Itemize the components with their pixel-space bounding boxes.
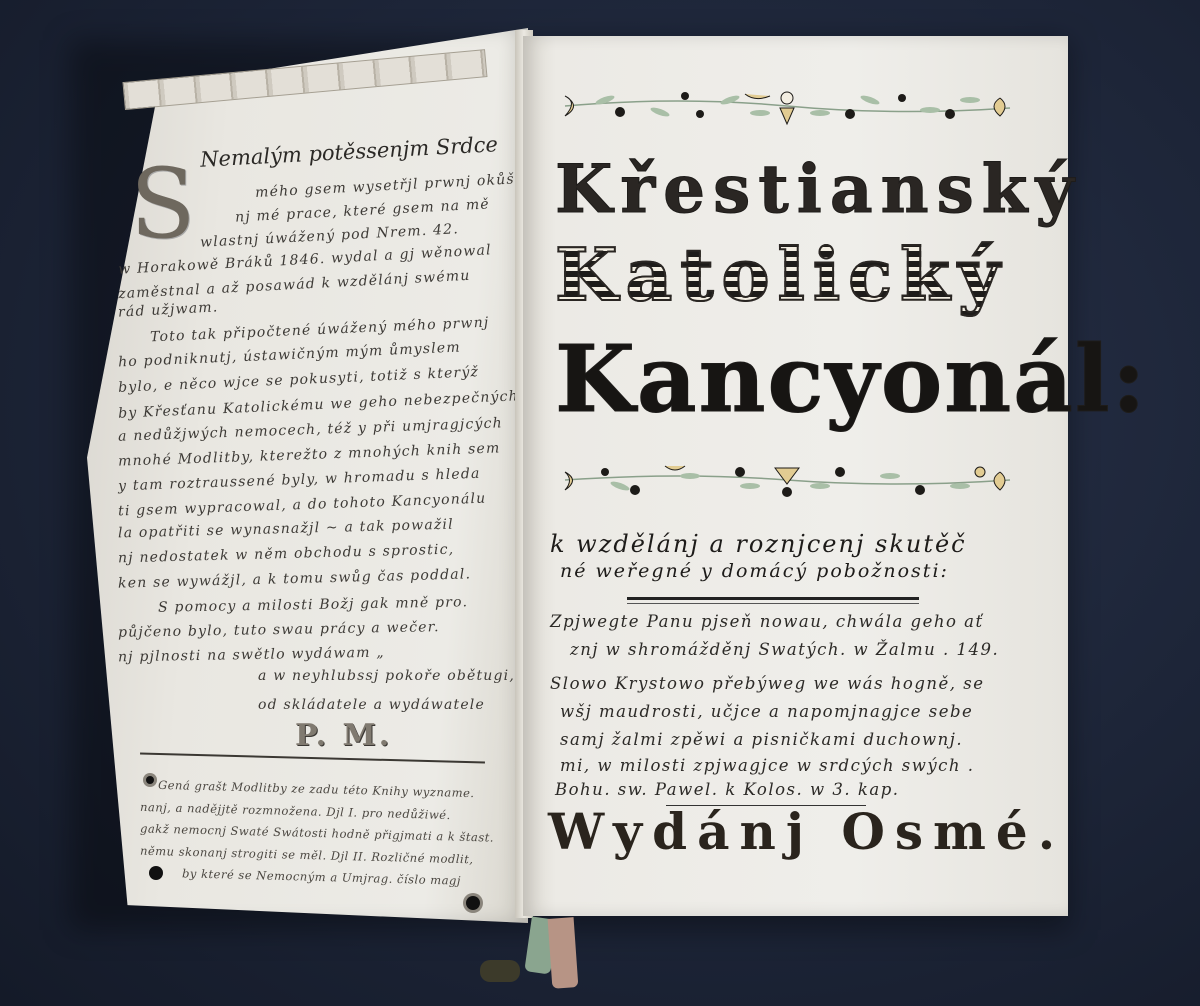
verse-line: samj žalmi zpěwi a pisničkami duchownj. — [560, 730, 963, 749]
verse-line: wšj maudrosti, učjce a napomjnagjce sebe — [560, 702, 973, 721]
closing-line: od skládatele a wydáwatele — [258, 697, 485, 713]
ornament-dot-icon — [146, 776, 154, 784]
subtitle-line-2: né weřegné y domácý pobožnosti: — [560, 560, 949, 582]
closing-line: a w neyhlubssj pokoře obětugi, — [258, 668, 515, 684]
binding-hole — [149, 866, 163, 880]
verse-line: mi, w milosti zpjwagjce w srdcých swých … — [560, 756, 975, 775]
floral-vine-bottom-icon — [560, 462, 1015, 498]
floral-vine-top-icon — [560, 88, 1015, 124]
title-line-2: Katolický — [555, 232, 1008, 317]
binding-hole — [466, 896, 480, 910]
title-line-3: Kancyonál: — [555, 325, 1148, 433]
verse-line: Slowo Krystowo přebýweg we wás hogně, se — [550, 674, 985, 693]
divider-rule — [627, 597, 919, 600]
subtitle-line-1: k wzdělánj a roznjcenj skutěč — [550, 530, 967, 558]
verse-line: Zpjwegte Panu pjseň nowau, chwála geho a… — [550, 612, 984, 631]
title-line-1: Křestianský — [555, 150, 1082, 228]
bookmark-ribbon-pink — [548, 917, 579, 989]
edition-label: Wydánj Osmé. — [548, 802, 1065, 861]
author-initials: P. M. — [295, 718, 392, 753]
bookmark-ribbon-dark — [480, 960, 520, 982]
verse-line: znj w shromážděnj Swatých. w Žalmu . 149… — [570, 640, 999, 659]
divider-rule-thin — [627, 603, 919, 604]
verse-line: Bohu. sw. Pawel. k Kolos. w 3. kap. — [555, 780, 900, 799]
drop-cap: S — [130, 148, 196, 260]
